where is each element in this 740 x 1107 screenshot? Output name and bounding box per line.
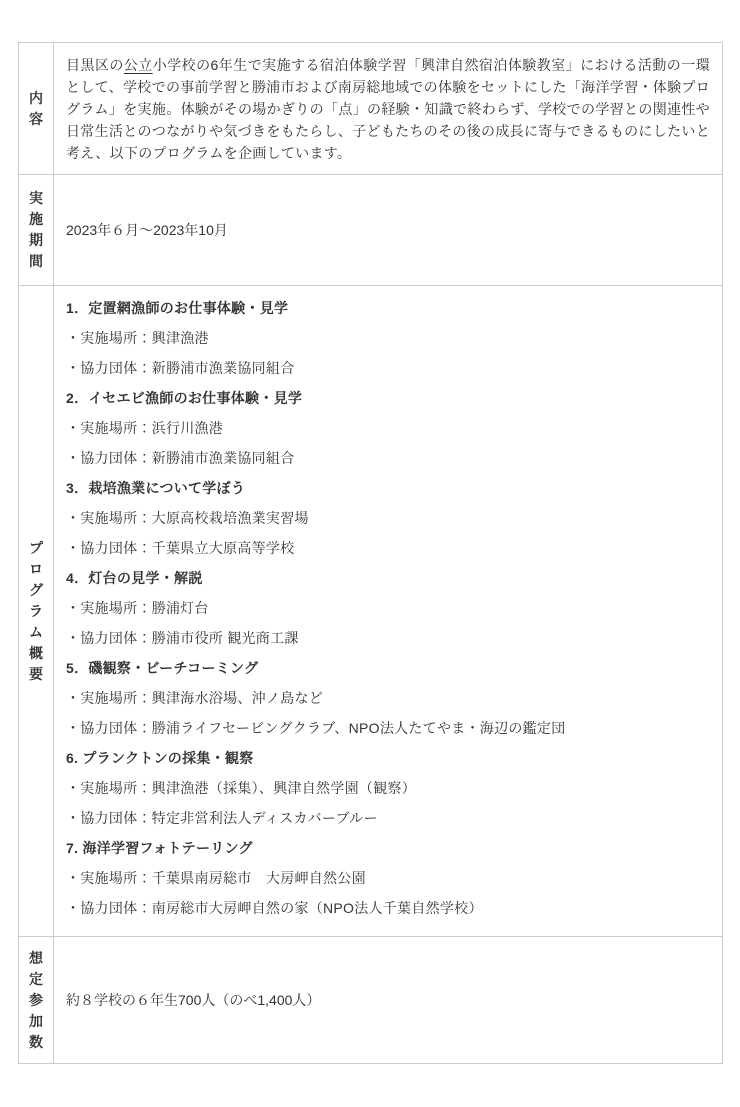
row-header-content-label: 内容 (29, 88, 44, 130)
program-location: ・実施場所：千葉県南房総市 大房岬自然公園 (66, 867, 710, 889)
participants-value: 約８学校の６年生700人（のべ1,400人） (66, 992, 320, 1008)
row-header-period: 実施期間 (19, 175, 54, 286)
row-header-period-label: 実施期間 (29, 188, 44, 272)
period-value: 2023年６月～2023年10月 (66, 222, 228, 238)
program-title: 5．磯観察・ビーチコーミング (66, 657, 710, 679)
program-partner: ・協力団体：新勝浦市漁業協同組合 (66, 447, 710, 469)
program-location: ・実施場所：浜行川漁港 (66, 417, 710, 439)
row-header-content: 内容 (19, 43, 54, 175)
content-text: 目黒区の公立小学校の6年生で実施する宿泊体験学習「興津自然宿泊体験教室」における… (66, 54, 710, 164)
program-location: ・実施場所：興津漁港 (66, 327, 710, 349)
program-partner: ・協力団体：特定非営利法人ディスカバーブルー (66, 807, 710, 829)
row-header-program: プログラム概要 (19, 286, 54, 937)
row-header-participants: 想定参加数 (19, 937, 54, 1064)
program-title: 6. プランクトンの採集・観察 (66, 747, 710, 769)
program-partner: ・協力団体：千葉県立大原高等学校 (66, 537, 710, 559)
program-title: 7. 海洋学習フォトテーリング (66, 837, 710, 859)
program-partner: ・協力団体：勝浦ライフセービングクラブ、NPO法人たてやま・海辺の鑑定団 (66, 717, 710, 739)
program-partner: ・協力団体：南房総市大房岬自然の家（NPO法人千葉自然学校） (66, 897, 710, 919)
program-partner: ・協力団体：勝浦市役所 観光商工課 (66, 627, 710, 649)
program-title: 2．イセエビ漁師のお仕事体験・見学 (66, 387, 710, 409)
program-title: 3．栽培漁業について学ぼう (66, 477, 710, 499)
content-text-before: 目黒区の (66, 57, 124, 73)
program-title: 4．灯台の見学・解説 (66, 567, 710, 589)
table-row-period: 実施期間 2023年６月～2023年10月 (19, 175, 723, 286)
period-cell: 2023年６月～2023年10月 (54, 175, 723, 286)
program-location: ・実施場所：大原高校栽培漁業実習場 (66, 507, 710, 529)
program-location: ・実施場所：勝浦灯台 (66, 597, 710, 619)
content-cell: 目黒区の公立小学校の6年生で実施する宿泊体験学習「興津自然宿泊体験教室」における… (54, 43, 723, 175)
program-location: ・実施場所：興津海水浴場、沖ノ島など (66, 687, 710, 709)
program-title: 1．定置網漁師のお仕事体験・見学 (66, 297, 710, 319)
program-cell: 1．定置網漁師のお仕事体験・見学 ・実施場所：興津漁港 ・協力団体：新勝浦市漁業… (54, 286, 723, 937)
program-location: ・実施場所：興津漁港（採集）、興津自然学園（観察） (66, 777, 710, 799)
program-info-table: 内容 目黒区の公立小学校の6年生で実施する宿泊体験学習「興津自然宿泊体験教室」に… (18, 42, 723, 1064)
program-list: 1．定置網漁師のお仕事体験・見学 ・実施場所：興津漁港 ・協力団体：新勝浦市漁業… (66, 297, 710, 919)
table-row-participants: 想定参加数 約８学校の６年生700人（のべ1,400人） (19, 937, 723, 1064)
keyword-link[interactable]: 公立 (124, 57, 153, 73)
row-header-program-label: プログラム概要 (29, 538, 44, 685)
participants-cell: 約８学校の６年生700人（のべ1,400人） (54, 937, 723, 1064)
table-row-content: 内容 目黒区の公立小学校の6年生で実施する宿泊体験学習「興津自然宿泊体験教室」に… (19, 43, 723, 175)
page: 内容 目黒区の公立小学校の6年生で実施する宿泊体験学習「興津自然宿泊体験教室」に… (0, 0, 740, 1107)
row-header-participants-label: 想定参加数 (29, 948, 44, 1053)
table-row-program: プログラム概要 1．定置網漁師のお仕事体験・見学 ・実施場所：興津漁港 ・協力団… (19, 286, 723, 937)
content-text-after: 小学校の6年生で実施する宿泊体験学習「興津自然宿泊体験教室」における活動の一環と… (66, 57, 710, 161)
program-partner: ・協力団体：新勝浦市漁業協同組合 (66, 357, 710, 379)
